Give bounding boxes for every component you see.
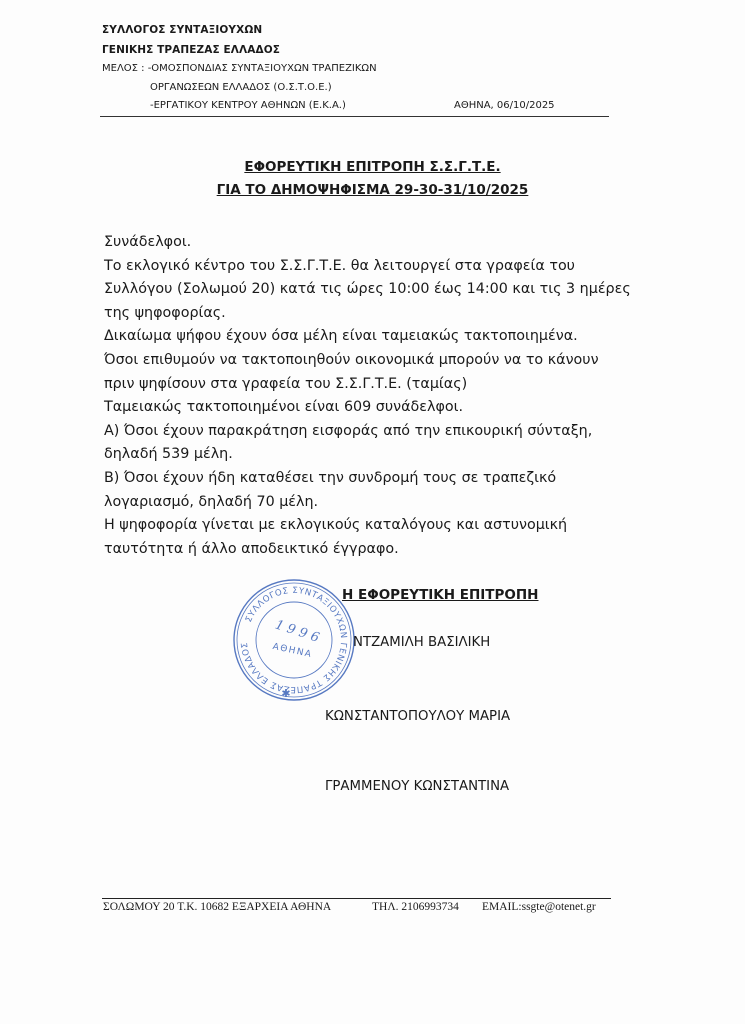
body-line: Συνάδελφοι. xyxy=(104,231,624,255)
org-name-line2: ΓΕΝΙΚΗΣ ΤΡΑΠΕΖΑΣ ΕΛΛΑΔΟΣ xyxy=(102,44,280,56)
body-line: Το εκλογικό κέντρο του Σ.Σ.Γ.Τ.Ε. θα λει… xyxy=(104,255,624,279)
signatory-name: ΝΤΖΑΜΙΛΗ ΒΑΣΙΛΙΚΗ xyxy=(353,635,490,650)
place-date: ΑΘΗΝΑ, 06/10/2025 xyxy=(454,100,555,111)
body-line: Α) Όσοι έχουν παρακράτηση εισφοράς από τ… xyxy=(104,420,624,444)
body-line: λογαριασμό, δηλαδή 70 μέλη. xyxy=(104,491,624,515)
signatory-name: ΓΡΑΜΜΕΝΟΥ ΚΩΝΣΤΑΝΤΙΝΑ xyxy=(325,779,509,794)
body-line: Β) Όσοι έχουν ήδη καταθέσει την συνδρομή… xyxy=(104,467,624,491)
body-line: Ταμειακώς τακτοποιημένοι είναι 609 συνάδ… xyxy=(104,396,624,420)
document-title-line1: ΕΦΟΡΕΥΤΙΚΗ ΕΠΙΤΡΟΠΗ Σ.Σ.Γ.Τ.Ε. xyxy=(0,159,745,175)
body-line: πριν ψηφίσουν στα γραφεία του Σ.Σ.Γ.Τ.Ε.… xyxy=(104,373,624,397)
body-line: Συλλόγου (Σολωμού 20) κατά τις ώρες 10:0… xyxy=(104,278,624,302)
membership-line1: ΜΕΛΟΣ : -ΟΜΟΣΠΟΝΔΙΑΣ ΣΥΝΤΑΞΙΟΥΧΩΝ ΤΡΑΠΕΖ… xyxy=(102,63,377,74)
footer-address: ΣΟΛΩΜΟΥ 20 Τ.Κ. 10682 ΕΞΑΡΧΕΙΑ ΑΘΗΝΑ xyxy=(103,901,331,913)
footer-email: EMAIL:ssgte@otenet.gr xyxy=(482,901,596,913)
body-line: ταυτότητα ή άλλο αποδεικτικό έγγραφο. xyxy=(104,538,624,562)
official-stamp-icon: ΣΥΛΛΟΓΟΣ ΣΥΝΤΑΞΙΟΥΧΩΝ ΓΕΝΙΚΗΣ ΤΡΑΠΕΖΑΣ Ε… xyxy=(230,577,358,703)
body-line: της ψηφοφορίας. xyxy=(104,302,624,326)
committee-title: Η ΕΦΟΡΕΥΤΙΚΗ ΕΠΙΤΡΟΠΗ xyxy=(342,587,538,603)
membership-line3: -ΕΡΓΑΤΙΚΟΥ ΚΕΝΤΡΟΥ ΑΘΗΝΩΝ (Ε.Κ.Α.) xyxy=(150,100,346,111)
body-line: Δικαίωμα ψήφου έχουν όσα μέλη είναι ταμε… xyxy=(104,325,624,349)
document-title-line2: ΓΙΑ ΤΟ ΔΗΜΟΨΗΦΙΣΜΑ 29-30-31/10/2025 xyxy=(0,182,745,198)
body-line: δηλαδή 539 μέλη. xyxy=(104,443,624,467)
svg-text:ΑΘΗΝΑ: ΑΘΗΝΑ xyxy=(272,642,314,660)
footer-phone: ΤΗΛ. 2106993734 xyxy=(372,901,459,913)
footer-divider xyxy=(102,898,611,899)
org-name-line1: ΣΥΛΛΟΓΟΣ ΣΥΝΤΑΞΙΟΥΧΩΝ xyxy=(102,24,262,36)
membership-line2: ΟΡΓΑΝΩΣΕΩΝ ΕΛΛΑΔΟΣ (Ο.Σ.Τ.Ο.Ε.) xyxy=(150,82,332,93)
header-divider xyxy=(100,116,609,117)
svg-text:✱: ✱ xyxy=(281,687,290,700)
svg-text:1 9 9 6: 1 9 9 6 xyxy=(273,618,321,646)
signatory-name: ΚΩΝΣΤΑΝΤΟΠΟΥΛΟΥ ΜΑΡΙΑ xyxy=(325,709,510,724)
body-line: Όσοι επιθυμούν να τακτοποιηθούν οικονομι… xyxy=(104,349,624,373)
document-page: ΣΥΛΛΟΓΟΣ ΣΥΝΤΑΞΙΟΥΧΩΝ ΓΕΝΙΚΗΣ ΤΡΑΠΕΖΑΣ Ε… xyxy=(0,0,745,1024)
body-text: Συνάδελφοι. Το εκλογικό κέντρο του Σ.Σ.Γ… xyxy=(104,231,624,561)
body-line: Η ψηφοφορία γίνεται με εκλογικούς καταλό… xyxy=(104,514,624,538)
